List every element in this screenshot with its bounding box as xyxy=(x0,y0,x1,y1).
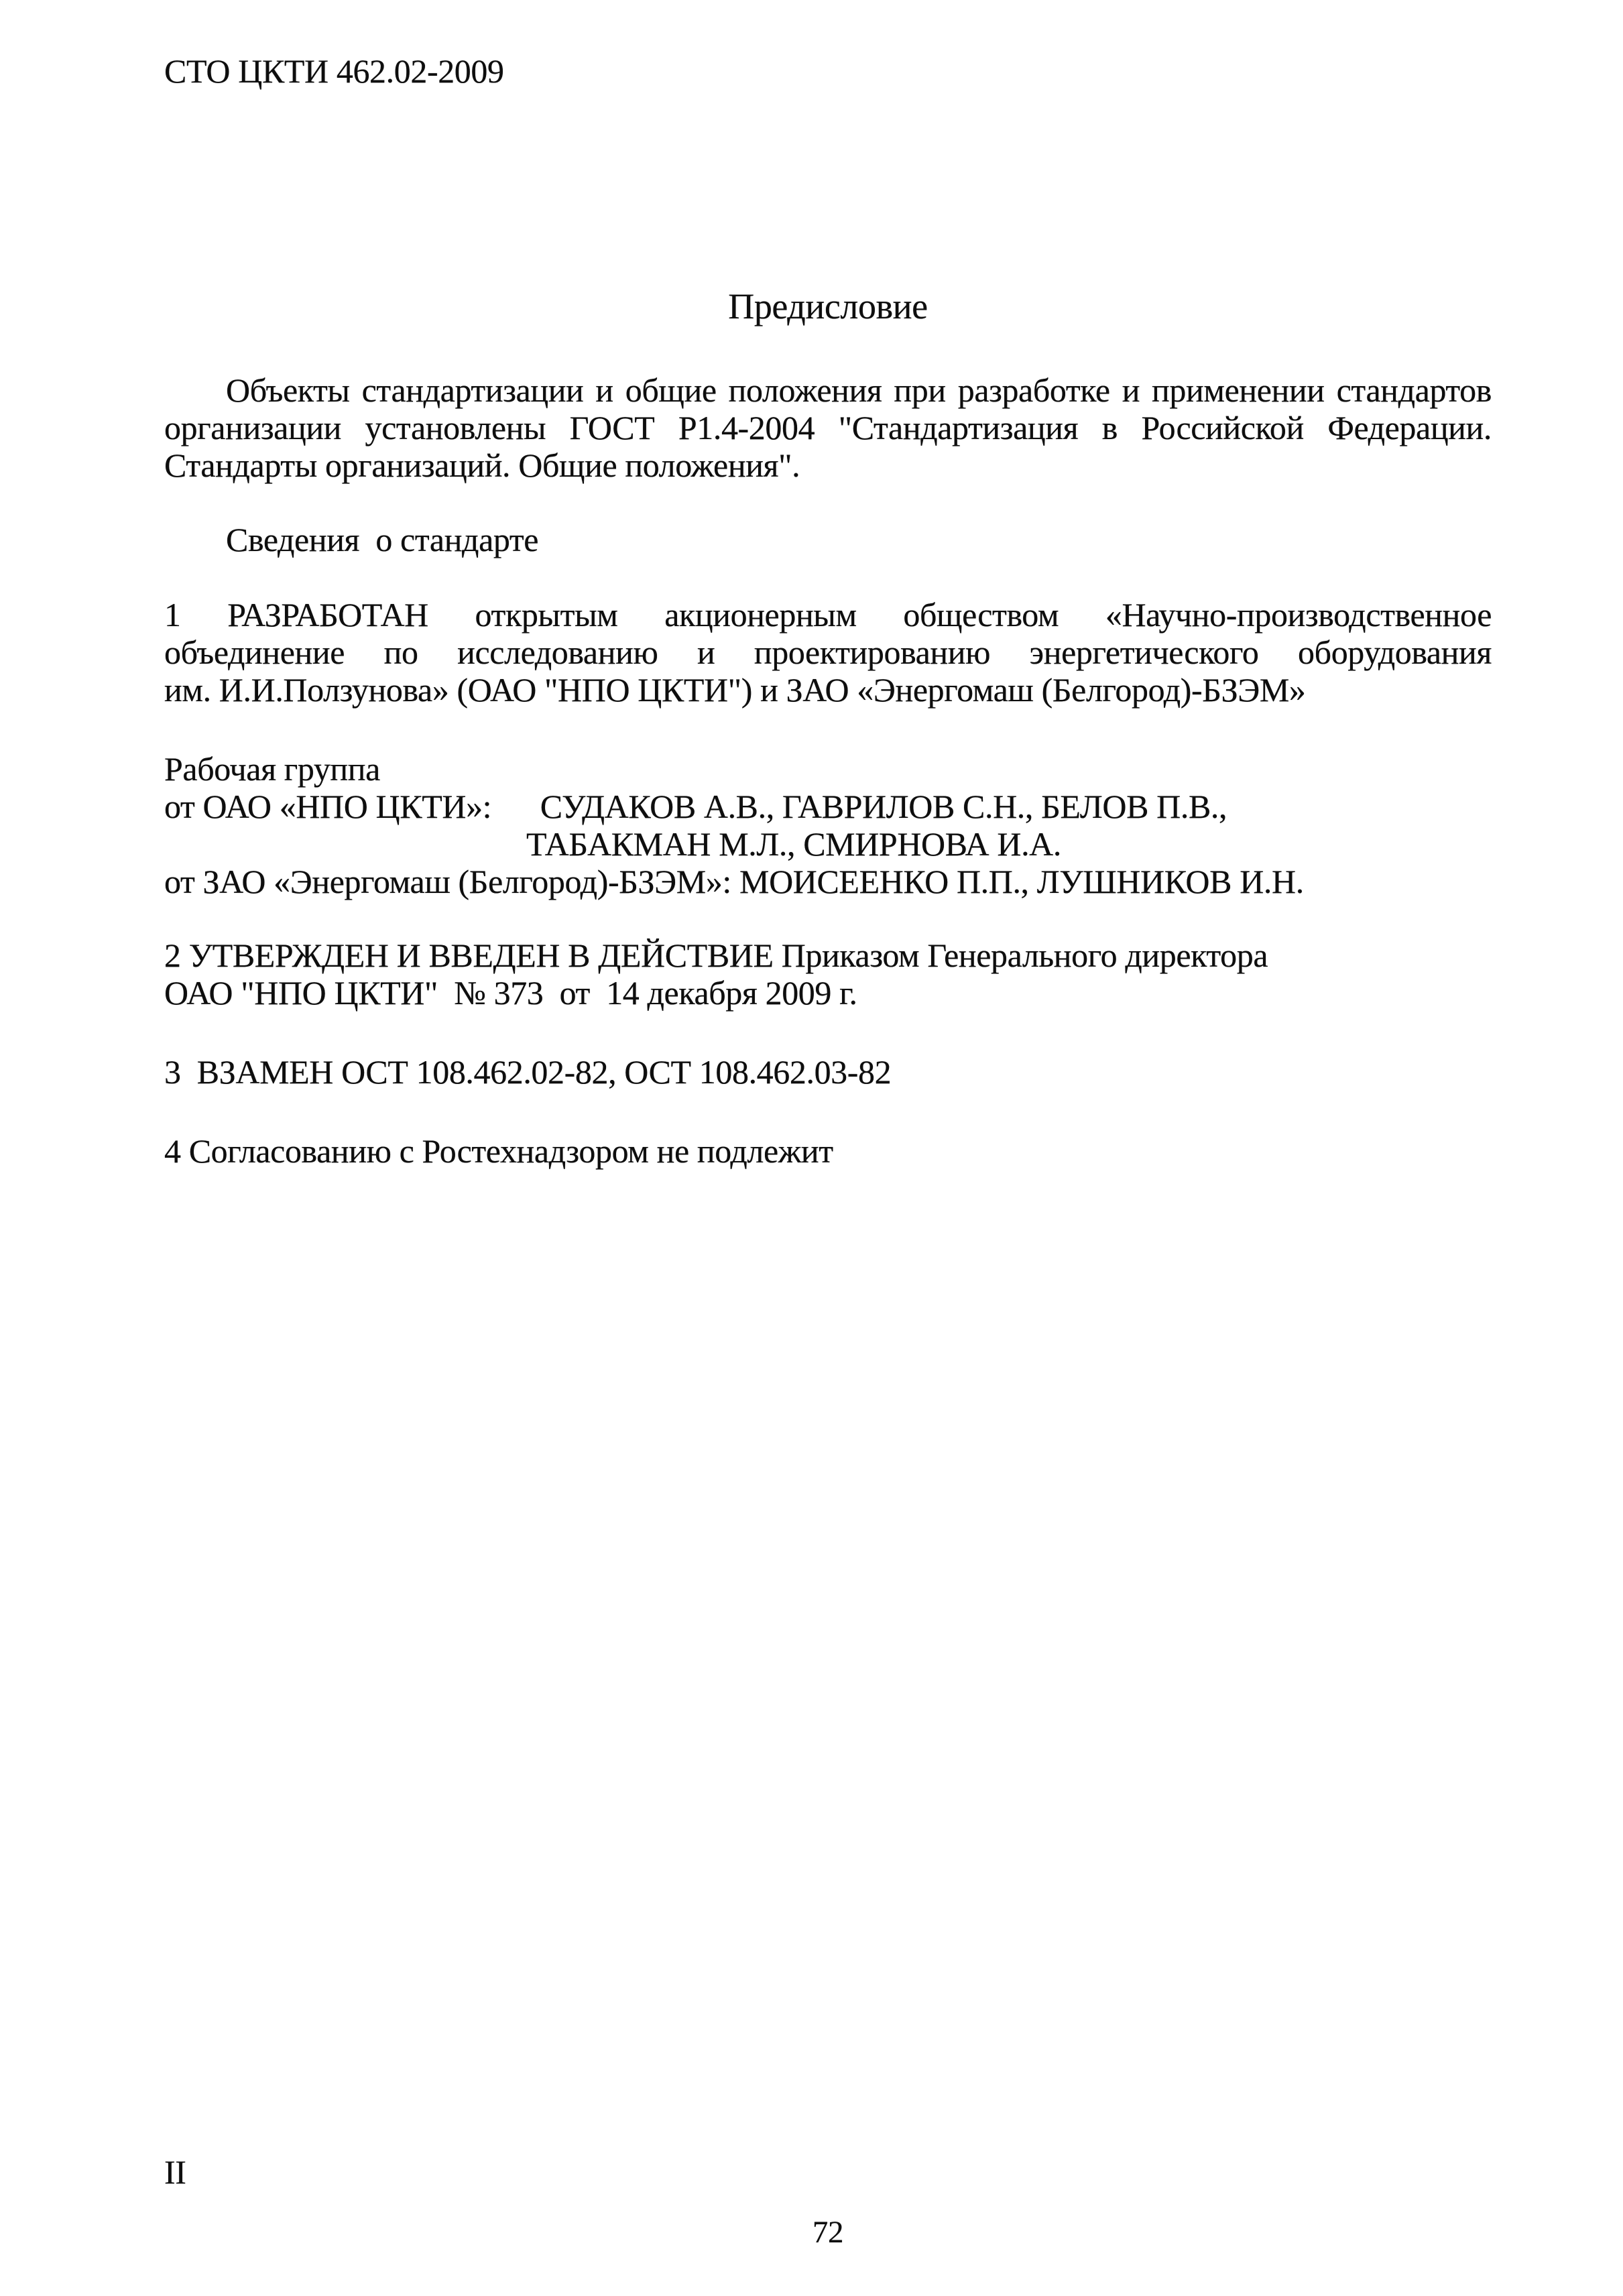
standard-info-label: Сведения о стандарте xyxy=(164,521,1492,558)
document-code: СТО ЦКТИ 462.02-2009 xyxy=(164,52,1492,90)
clause-line: им. И.И.Ползунова» (ОАО "НПО ЦКТИ") и ЗА… xyxy=(164,671,1492,709)
paragraph-line: Стандарты организаций. Общие положения". xyxy=(164,446,1492,484)
working-group-line-bzem: от ЗАО «Энергомаш (Белгород)-БЗЭМ»: МОИС… xyxy=(164,863,1492,900)
approved-clause: 2 УТВЕРЖДЕН И ВВЕДЕН В ДЕЙСТВИЕ Приказом… xyxy=(164,936,1492,1012)
clause-line: 2 УТВЕРЖДЕН И ВВЕДЕН В ДЕЙСТВИЕ Приказом… xyxy=(164,936,1492,974)
clause-line: 1 РАЗРАБОТАН открытым акционерным общест… xyxy=(164,596,1492,633)
page-number: 72 xyxy=(164,2214,1492,2250)
clause-line: 4 Согласованию с Ростехнадзором не подле… xyxy=(164,1132,1492,1170)
roman-page-number: II xyxy=(164,2153,1492,2191)
document-page: СТО ЦКТИ 462.02-2009 Предисловие Объекты… xyxy=(0,0,1623,2296)
developed-clause: 1 РАЗРАБОТАН открытым акционерным общест… xyxy=(164,596,1492,709)
paragraph-line: Объекты стандартизации и общие положения… xyxy=(164,371,1492,409)
clause-line: 3 ВЗАМЕН ОСТ 108.462.02-82, ОСТ 108.462.… xyxy=(164,1053,1492,1091)
intro-paragraph: Объекты стандартизации и общие положения… xyxy=(164,371,1492,484)
paragraph-line: организации установлены ГОСТ Р1.4-2004 "… xyxy=(164,409,1492,446)
clause-line: ОАО "НПО ЦКТИ" № 373 от 14 декабря 2009 … xyxy=(164,974,1492,1012)
working-group-line-continuation: ТАБАКМАН М.Л., СМИРНОВА И.А. xyxy=(164,825,1492,863)
working-group-label: Рабочая группа xyxy=(164,750,1492,788)
agreement-clause: 4 Согласованию с Ростехнадзором не подле… xyxy=(164,1132,1492,1170)
working-group: Рабочая группа от ОАО «НПО ЦКТИ»: СУДАКО… xyxy=(164,750,1492,900)
working-group-line-ckti: от ОАО «НПО ЦКТИ»: СУДАКОВ А.В., ГАВРИЛО… xyxy=(164,788,1492,825)
replaces-clause: 3 ВЗАМЕН ОСТ 108.462.02-82, ОСТ 108.462.… xyxy=(164,1053,1492,1091)
clause-line: объединение по исследованию и проектиров… xyxy=(164,633,1492,671)
standard-info-heading: Сведения о стандарте xyxy=(164,521,1492,558)
page-title: Предисловие xyxy=(164,286,1492,327)
